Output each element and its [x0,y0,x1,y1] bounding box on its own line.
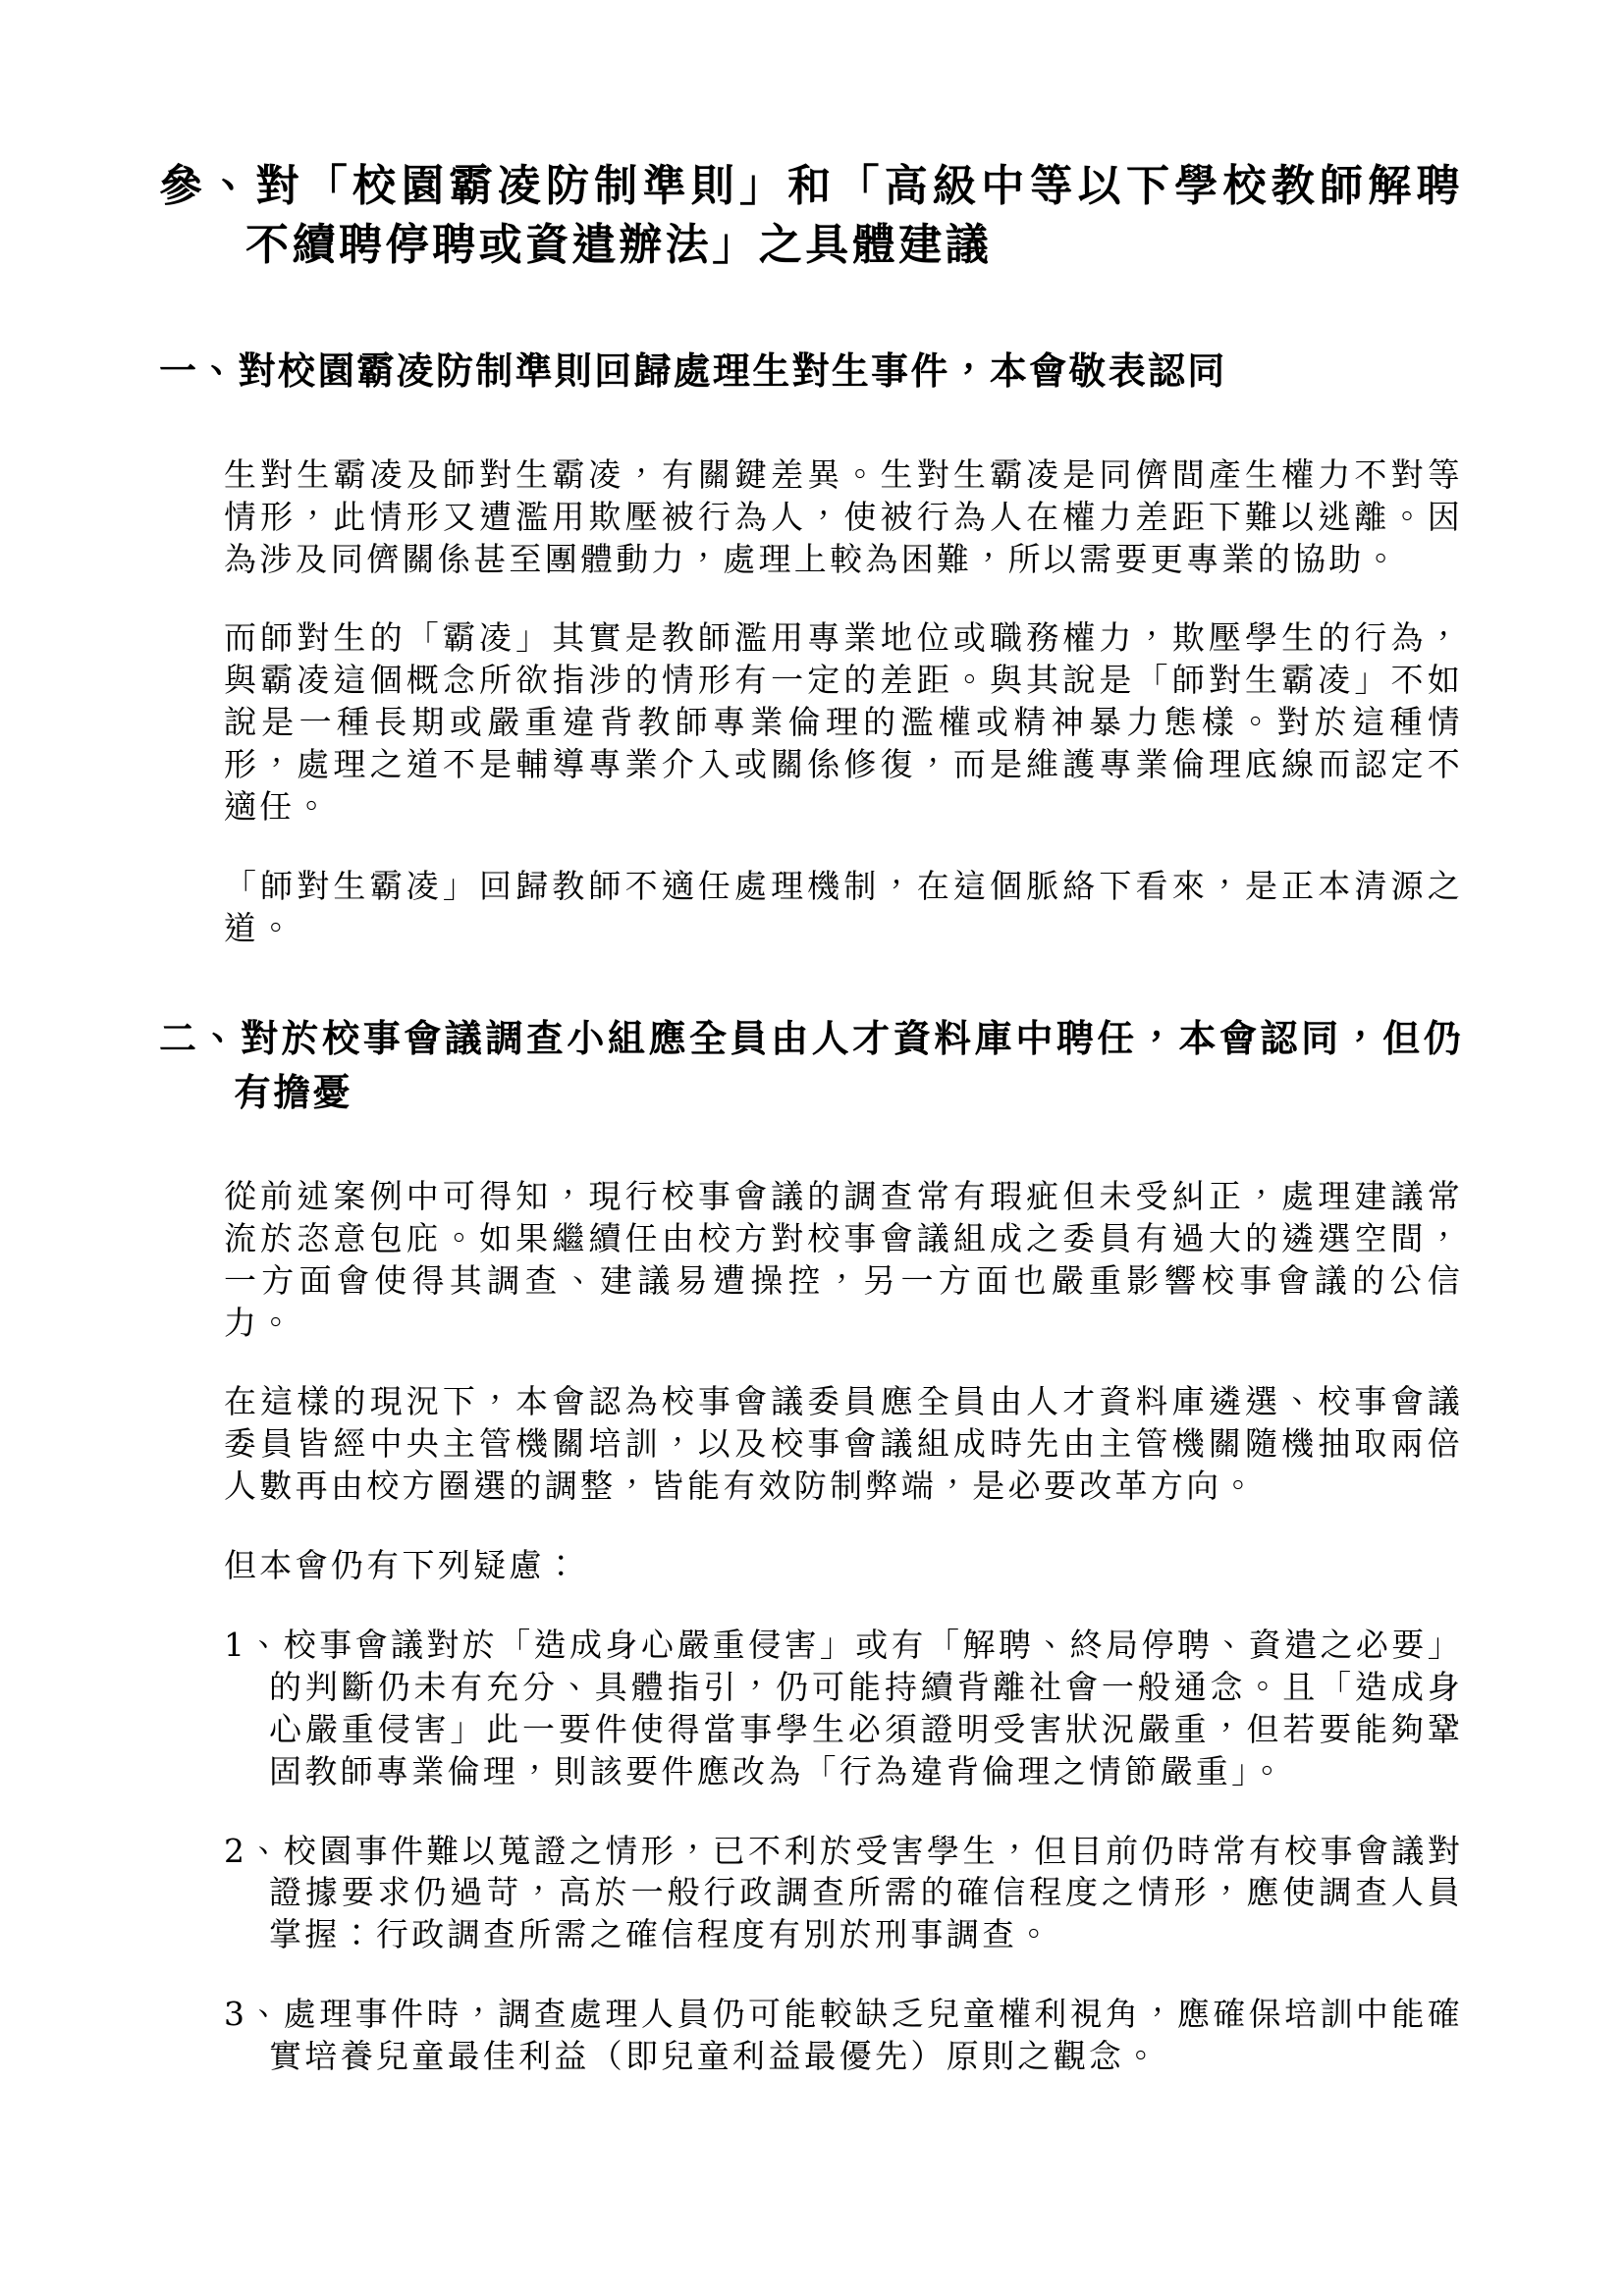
section-2-paragraph-1: 從前述案例中可得知，現行校事會議的調查常有瑕疵但未受糾正，處理建議常流於恣意包庇… [224,1176,1463,1345]
section-1-paragraph-3: 「師對生霸凌」回歸教師不適任處理機制，在這個脈絡下看來，是正本清源之道。 [224,866,1463,950]
section-2-list-intro: 但本會仍有下列疑慮： [224,1545,1463,1587]
section-1-paragraph-2: 而師對生的「霸凌」其實是教師濫用專業地位或職務權力，欺壓學生的行為，與霸凌這個概… [224,617,1463,828]
document-page: 參、對「校園霸凌防制準則」和「高級中等以下學校教師解聘不續聘停聘或資遣辦法」之具… [0,0,1624,2296]
section-1-paragraph-1: 生對生霸凌及師對生霸凌，有關鍵差異。生對生霸凌是同儕間產生權力不對等情形，此情形… [224,454,1463,581]
section-1-heading: 一、對校園霸凌防制準則回歸處理生對生事件，本會敬表認同 [159,344,1463,398]
section-2-heading: 二、對於校事會議調查小組應全員由人才資料庫中聘任，本會認同，但仍有擔憂 [159,1011,1463,1119]
document-title: 參、對「校園霸凌防制準則」和「高級中等以下學校教師解聘不續聘停聘或資遣辦法」之具… [159,157,1463,275]
section-2-numbered-item-1: 1、校事會議對於「造成身心嚴重侵害」或有「解聘、終局停聘、資遣之必要」的判斷仍未… [224,1625,1463,1793]
section-2-numbered-item-2: 2、校園事件難以蒐證之情形，已不利於受害學生，但目前仍時常有校事會議對證據要求仍… [224,1831,1463,1957]
section-2-numbered-item-3: 3、處理事件時，調查處理人員仍可能較缺乏兒童權利視角，應確保培訓中能確實培養兒童… [224,1994,1463,2078]
section-2: 二、對於校事會議調查小組應全員由人才資料庫中聘任，本會認同，但仍有擔憂 從前述案… [159,1011,1463,2078]
section-1: 一、對校園霸凌防制準則回歸處理生對生事件，本會敬表認同 生對生霸凌及師對生霸凌，… [159,344,1463,950]
section-2-paragraph-2: 在這樣的現況下，本會認為校事會議委員應全員由人才資料庫遴選、校事會議委員皆經中央… [224,1381,1463,1508]
